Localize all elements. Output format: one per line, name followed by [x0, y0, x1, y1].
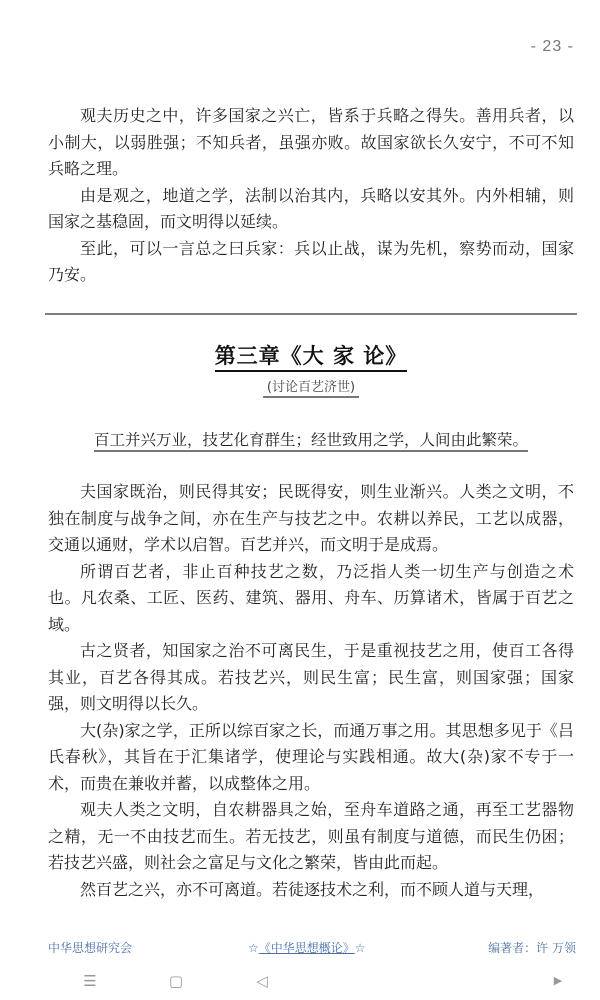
chapter-subtitle: (讨论百艺济世): [263, 380, 359, 398]
chapter-subtitle-block: (讨论百艺济世): [0, 376, 600, 395]
star-icon: ☆: [355, 941, 366, 955]
paragraph: 观夫人类之文明，自农耕器具之始，至舟车道路之通，再至工艺器物之精，无一不由技艺而…: [48, 797, 574, 877]
menu-icon[interactable]: ☰: [81, 972, 99, 990]
page-number: - 23 -: [531, 38, 574, 56]
paragraph: 观夫历史之中，许多国家之兴亡，皆系于兵略之得失。善用兵者，以小制大，以弱胜强；不…: [48, 103, 574, 183]
section-divider: [45, 313, 577, 315]
previous-section-text: 观夫历史之中，许多国家之兴亡，皆系于兵略之得失。善用兵者，以小制大，以弱胜强；不…: [48, 103, 574, 289]
back-icon[interactable]: ◁: [253, 972, 271, 990]
paragraph: 至此，可以一言总之曰兵家：兵以止战，谋为先机，察势而动，国家乃安。: [48, 236, 574, 289]
footer-book-title[interactable]: ☆《中华思想概论》☆: [248, 939, 366, 956]
paragraph: 所谓百艺者，非止百种技艺之数，乃泛指人类一切生产与创造之术也。凡农桑、工匠、医药…: [48, 559, 574, 639]
chapter-title-block: 第三章《大 家 论》: [0, 340, 600, 370]
paragraph: 然百艺之兴，亦不可离道。若徒逐技术之利，而不顾人道与天理，: [48, 877, 574, 904]
footer-book-link[interactable]: 《中华思想概论》: [259, 941, 355, 955]
chapter-motto-block: 百工并兴万业，技艺化育群生；经世致用之学，人间由此繁荣。: [0, 428, 600, 450]
star-icon: ☆: [248, 941, 259, 955]
next-page-icon[interactable]: ▶: [549, 972, 567, 990]
chapter-motto: 百工并兴万业，技艺化育群生；经世致用之学，人间由此繁荣。: [94, 431, 528, 452]
chapter-title: 第三章《大 家 论》: [215, 344, 408, 372]
paragraph: 夫国家既治，则民得其安；民既得安，则生业渐兴。人类之文明，不独在制度与战争之间，…: [48, 479, 574, 559]
system-navigation-bar: ☰ ▢ ◁ ▶: [0, 968, 600, 994]
page-footer: 中华思想研究会 ☆《中华思想概论》☆ 编著者：许 万领: [48, 939, 576, 959]
home-icon[interactable]: ▢: [167, 972, 185, 990]
paragraph: 古之贤者，知国家之治不可离民生，于是重视技艺之用，使百工各得其业，百艺各得其成。…: [48, 638, 574, 718]
footer-organization: 中华思想研究会: [48, 939, 132, 956]
chapter-body-text: 夫国家既治，则民得其安；民既得安，则生业渐兴。人类之文明，不独在制度与战争之间，…: [48, 479, 574, 903]
paragraph: 由是观之，地道之学，法制以治其内，兵略以安其外。内外相辅，则国家之基稳固，而文明…: [48, 183, 574, 236]
paragraph: 大(杂)家之学，正所以综百家之长，而通万事之用。其思想多见于《吕氏春秋》，其旨在…: [48, 718, 574, 798]
footer-author: 编著者：许 万领: [488, 939, 576, 956]
